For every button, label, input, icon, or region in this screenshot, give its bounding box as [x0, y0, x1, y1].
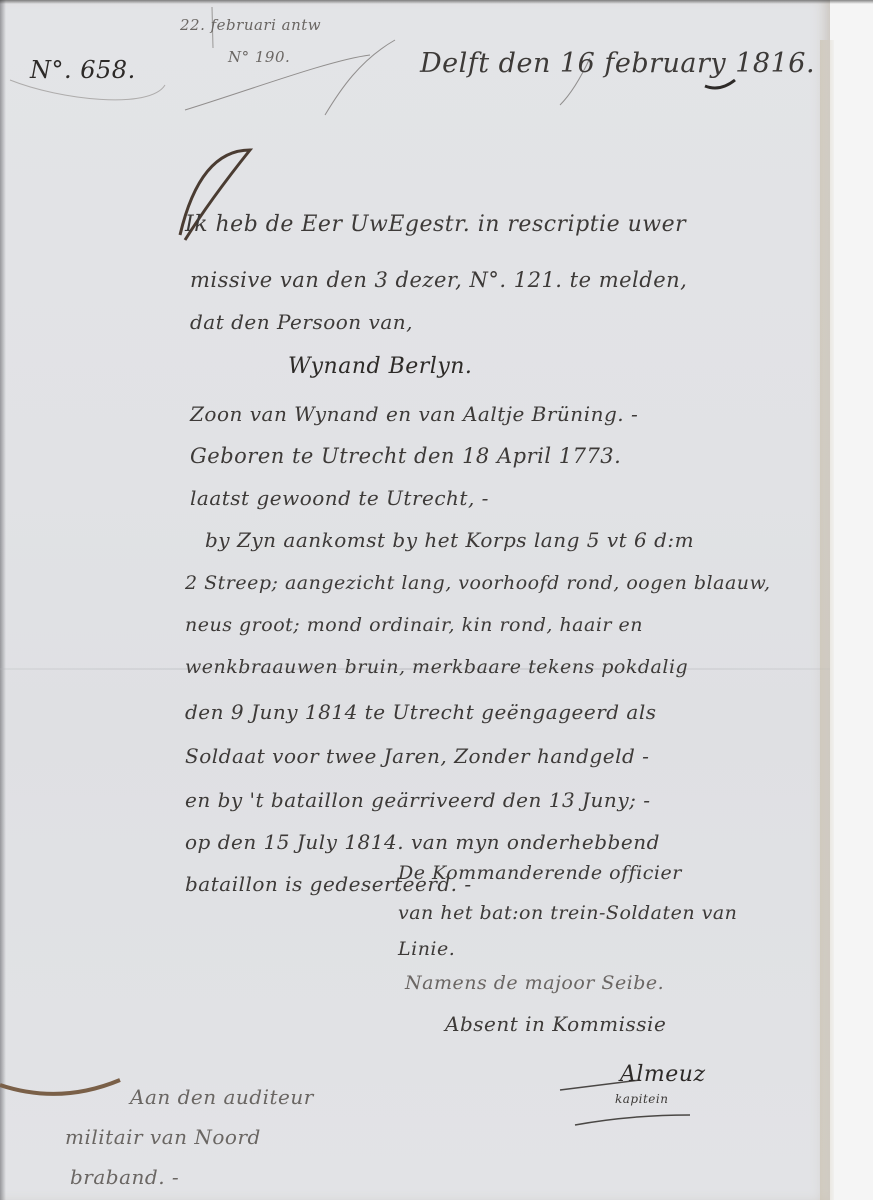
body-line: en by 't bataillon geärriveerd den 13 Ju…: [185, 788, 650, 812]
addressee-line: braband. -: [70, 1165, 179, 1189]
addressee-line: Aan den auditeur: [130, 1085, 314, 1109]
closing-line: Absent in Kommissie: [445, 1012, 666, 1036]
letter-sheet: N°. 658. 22. februari antw N° 190. Delft…: [0, 0, 830, 1200]
reference-number: N°. 658.: [30, 56, 136, 84]
body-line: den 9 Juny 1814 te Utrecht geëngageerd a…: [185, 700, 657, 724]
margin-note-number: N° 190.: [228, 48, 290, 66]
body-line: missive van den 3 dezer, N°. 121. te mel…: [190, 268, 687, 292]
scan-shadow-top: [0, 0, 873, 4]
body-line: wenkbraauwen bruin, merkbaare tekens pok…: [185, 656, 688, 678]
body-line: Soldaat voor twee Jaren, Zonder handgeld…: [185, 744, 649, 768]
body-line: Ik heb de Eer UwEgestr. in rescriptie uw…: [185, 212, 686, 237]
closing-line: Namens de majoor Seibe.: [405, 972, 664, 994]
body-line: dat den Persoon van,: [190, 310, 413, 334]
addressee-line: militair van Noord: [65, 1125, 261, 1149]
body-line: neus groot; mond ordinair, kin rond, haa…: [185, 614, 643, 636]
body-line: laatst gewoond te Utrecht, -: [190, 486, 489, 510]
person-name: Wynand Berlyn.: [288, 354, 472, 379]
closing-line: van het bat:on trein-Soldaten van: [398, 902, 737, 924]
pen-flourishes: [0, 0, 830, 1200]
signature-title: kapitein: [615, 1092, 668, 1106]
body-line: Geboren te Utrecht den 18 April 1773.: [190, 444, 621, 468]
signature: Almeuz: [620, 1062, 706, 1087]
closing-line: De Kommanderende officier: [398, 862, 682, 884]
body-line: op den 15 July 1814. van myn onderhebben…: [185, 830, 660, 854]
body-line: 2 Streep; aangezicht lang, voorhoofd ron…: [185, 572, 771, 594]
paper-edge: [820, 40, 834, 1200]
body-line: Zoon van Wynand en van Aaltje Brüning. -: [190, 402, 638, 426]
closing-line: Linie.: [398, 938, 455, 960]
body-line: by Zyn aankomst by het Korps lang 5 vt 6…: [205, 528, 694, 552]
place-and-date: Delft den 16 february 1816.: [420, 48, 815, 79]
margin-note-date: 22. februari antw: [180, 16, 321, 34]
